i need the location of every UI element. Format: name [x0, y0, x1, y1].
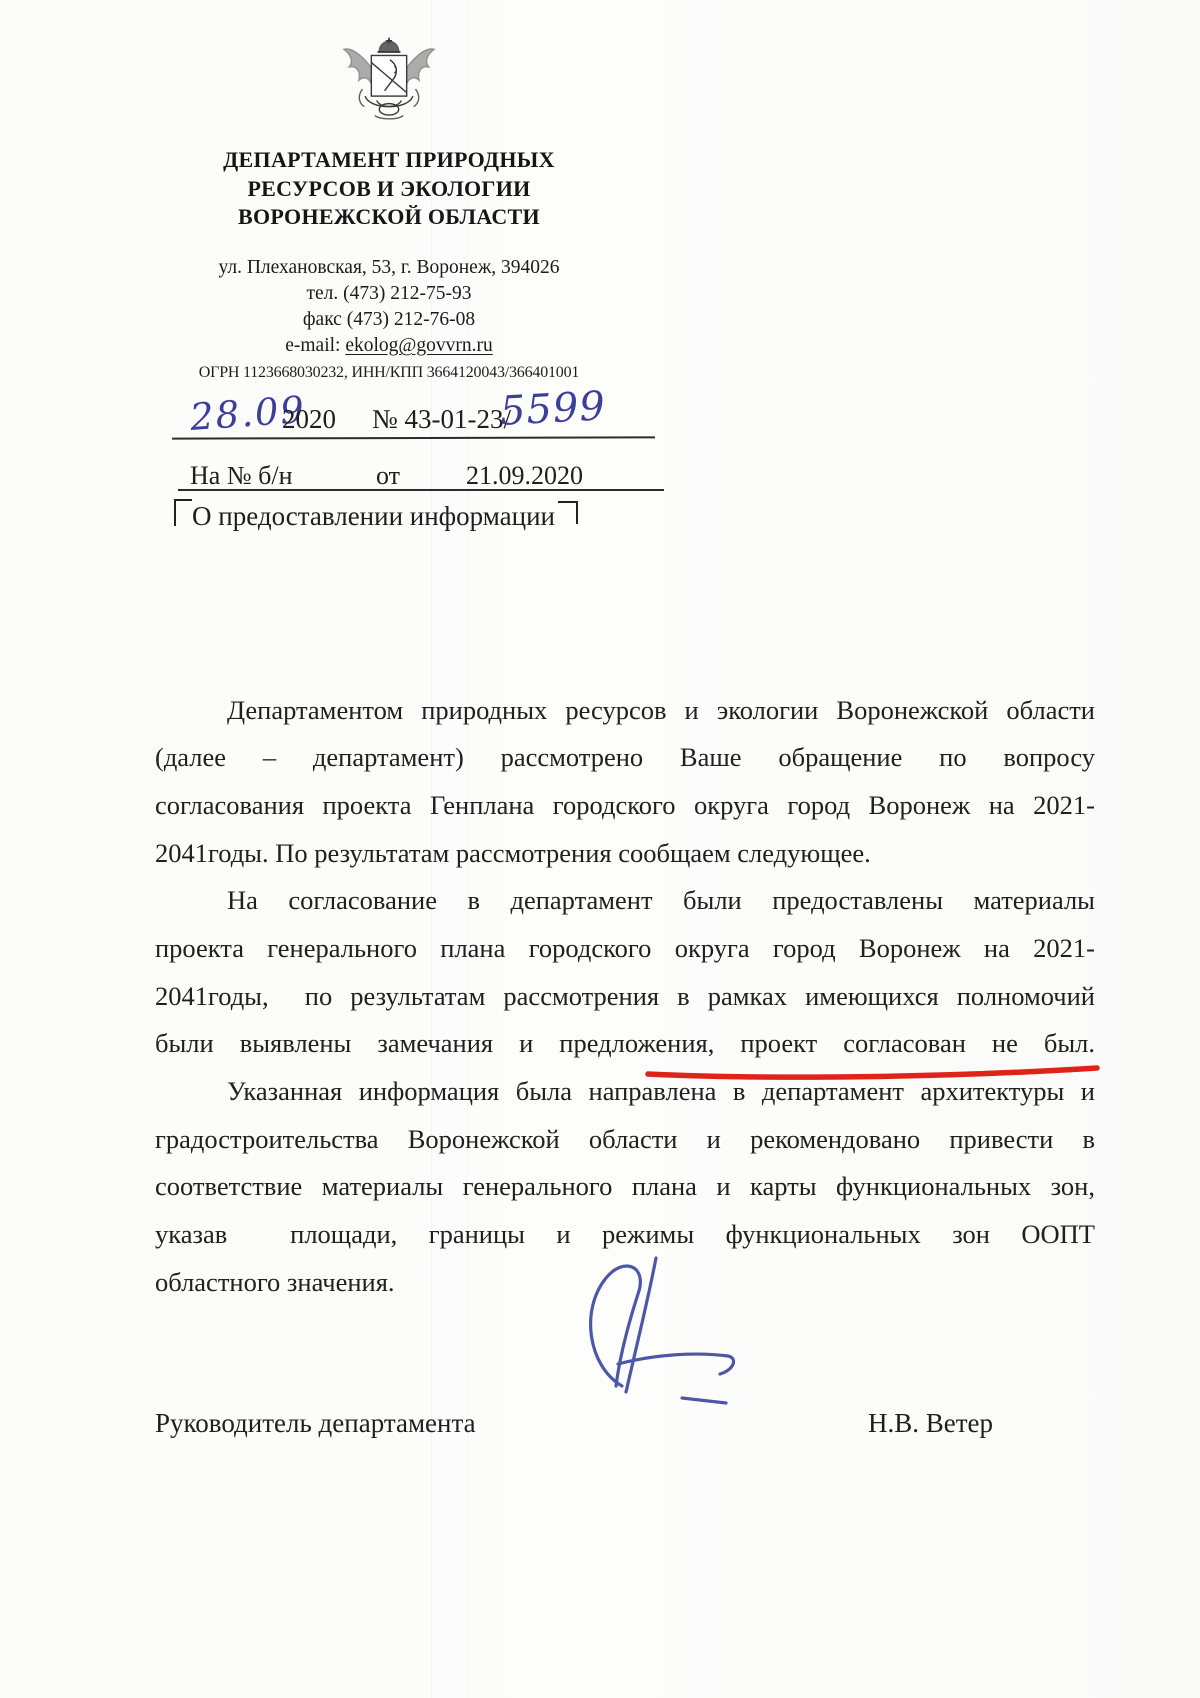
body-text: были выявлены замечания и предложения, — [155, 1028, 740, 1058]
body-line: были выявлены замечания и предложения, п… — [155, 1023, 1095, 1063]
org-name-line: ДЕПАРТАМЕНТ ПРИРОДНЫХ — [150, 146, 628, 175]
postal-address: ул. Плехановская, 53, г. Воронеж, 394026 — [150, 255, 628, 281]
reply-date: 21.09.2020 — [466, 461, 583, 491]
signer-title: Руководитель департамента — [155, 1408, 476, 1439]
org-name-line: РЕСУРСОВ И ЭКОЛОГИИ — [150, 175, 628, 204]
body-line: проекта генерального плана городского ок… — [155, 928, 1095, 968]
scanned-letter-page: ДЕПАРТАМЕНТ ПРИРОДНЫХ РЕСУРСОВ И ЭКОЛОГИ… — [0, 0, 1200, 1698]
org-name-line: ВОРОНЕЖСКОЙ ОБЛАСТИ — [150, 203, 628, 232]
subject-corner-mark-left — [174, 499, 192, 526]
reply-from-label: от — [376, 461, 400, 491]
outgoing-number-label: № 43-01-23/ — [372, 404, 511, 435]
subject-line: О предоставлении информации — [192, 501, 555, 532]
body-line: соответствие материалы генерального план… — [155, 1166, 1095, 1206]
signer-name: Н.В. Ветер — [868, 1408, 993, 1439]
registration-numbers: ОГРН 1123668030232, ИНН/КПП 3664120043/3… — [150, 364, 628, 382]
org-name: ДЕПАРТАМЕНТ ПРИРОДНЫХ РЕСУРСОВ И ЭКОЛОГИ… — [150, 146, 628, 232]
marked-phrase: проект согласован не был. — [740, 1028, 1095, 1058]
handwritten-signature — [558, 1250, 858, 1415]
body-line: (далее – департамент) рассмотрено Ваше о… — [155, 737, 1095, 777]
body-line: Департаментом природных ресурсов и эколо… — [155, 690, 1095, 730]
reference-underline — [172, 436, 655, 439]
body-line: На согласование в департамент были предо… — [155, 880, 1095, 920]
handwritten-number: 5599 — [499, 383, 607, 434]
reply-to-number: На № б/н — [190, 461, 293, 491]
letterhead: ДЕПАРТАМЕНТ ПРИРОДНЫХ РЕСУРСОВ И ЭКОЛОГИ… — [150, 36, 628, 382]
reply-underline — [178, 489, 664, 491]
fax-number: факс (473) 212-76-08 — [150, 307, 628, 333]
body-line: согласования проекта Генплана городского… — [155, 785, 1095, 825]
body-line: градостроительства Воронежской области и… — [155, 1119, 1095, 1159]
date-year: 2020 — [282, 404, 336, 435]
subject-corner-mark-right — [558, 501, 578, 524]
email-address: ekolog@govvrn.ru — [345, 335, 492, 356]
body-line: указав площади, границы и режимы функцио… — [155, 1214, 1095, 1254]
body-line: 2041годы. По результатам рассмотрения со… — [155, 833, 1095, 873]
red-marker-underline — [645, 1060, 1100, 1084]
voronezh-coat-of-arms-icon — [336, 36, 442, 135]
phone-number: тел. (473) 212-75-93 — [150, 281, 628, 307]
email-label: e-mail: — [285, 335, 345, 356]
email-line: e-mail: ekolog@govvrn.ru — [150, 333, 628, 359]
body-line: 2041годы, по результатам рассмотрения в … — [155, 976, 1095, 1016]
contact-block: ул. Плехановская, 53, г. Воронеж, 394026… — [150, 255, 628, 359]
